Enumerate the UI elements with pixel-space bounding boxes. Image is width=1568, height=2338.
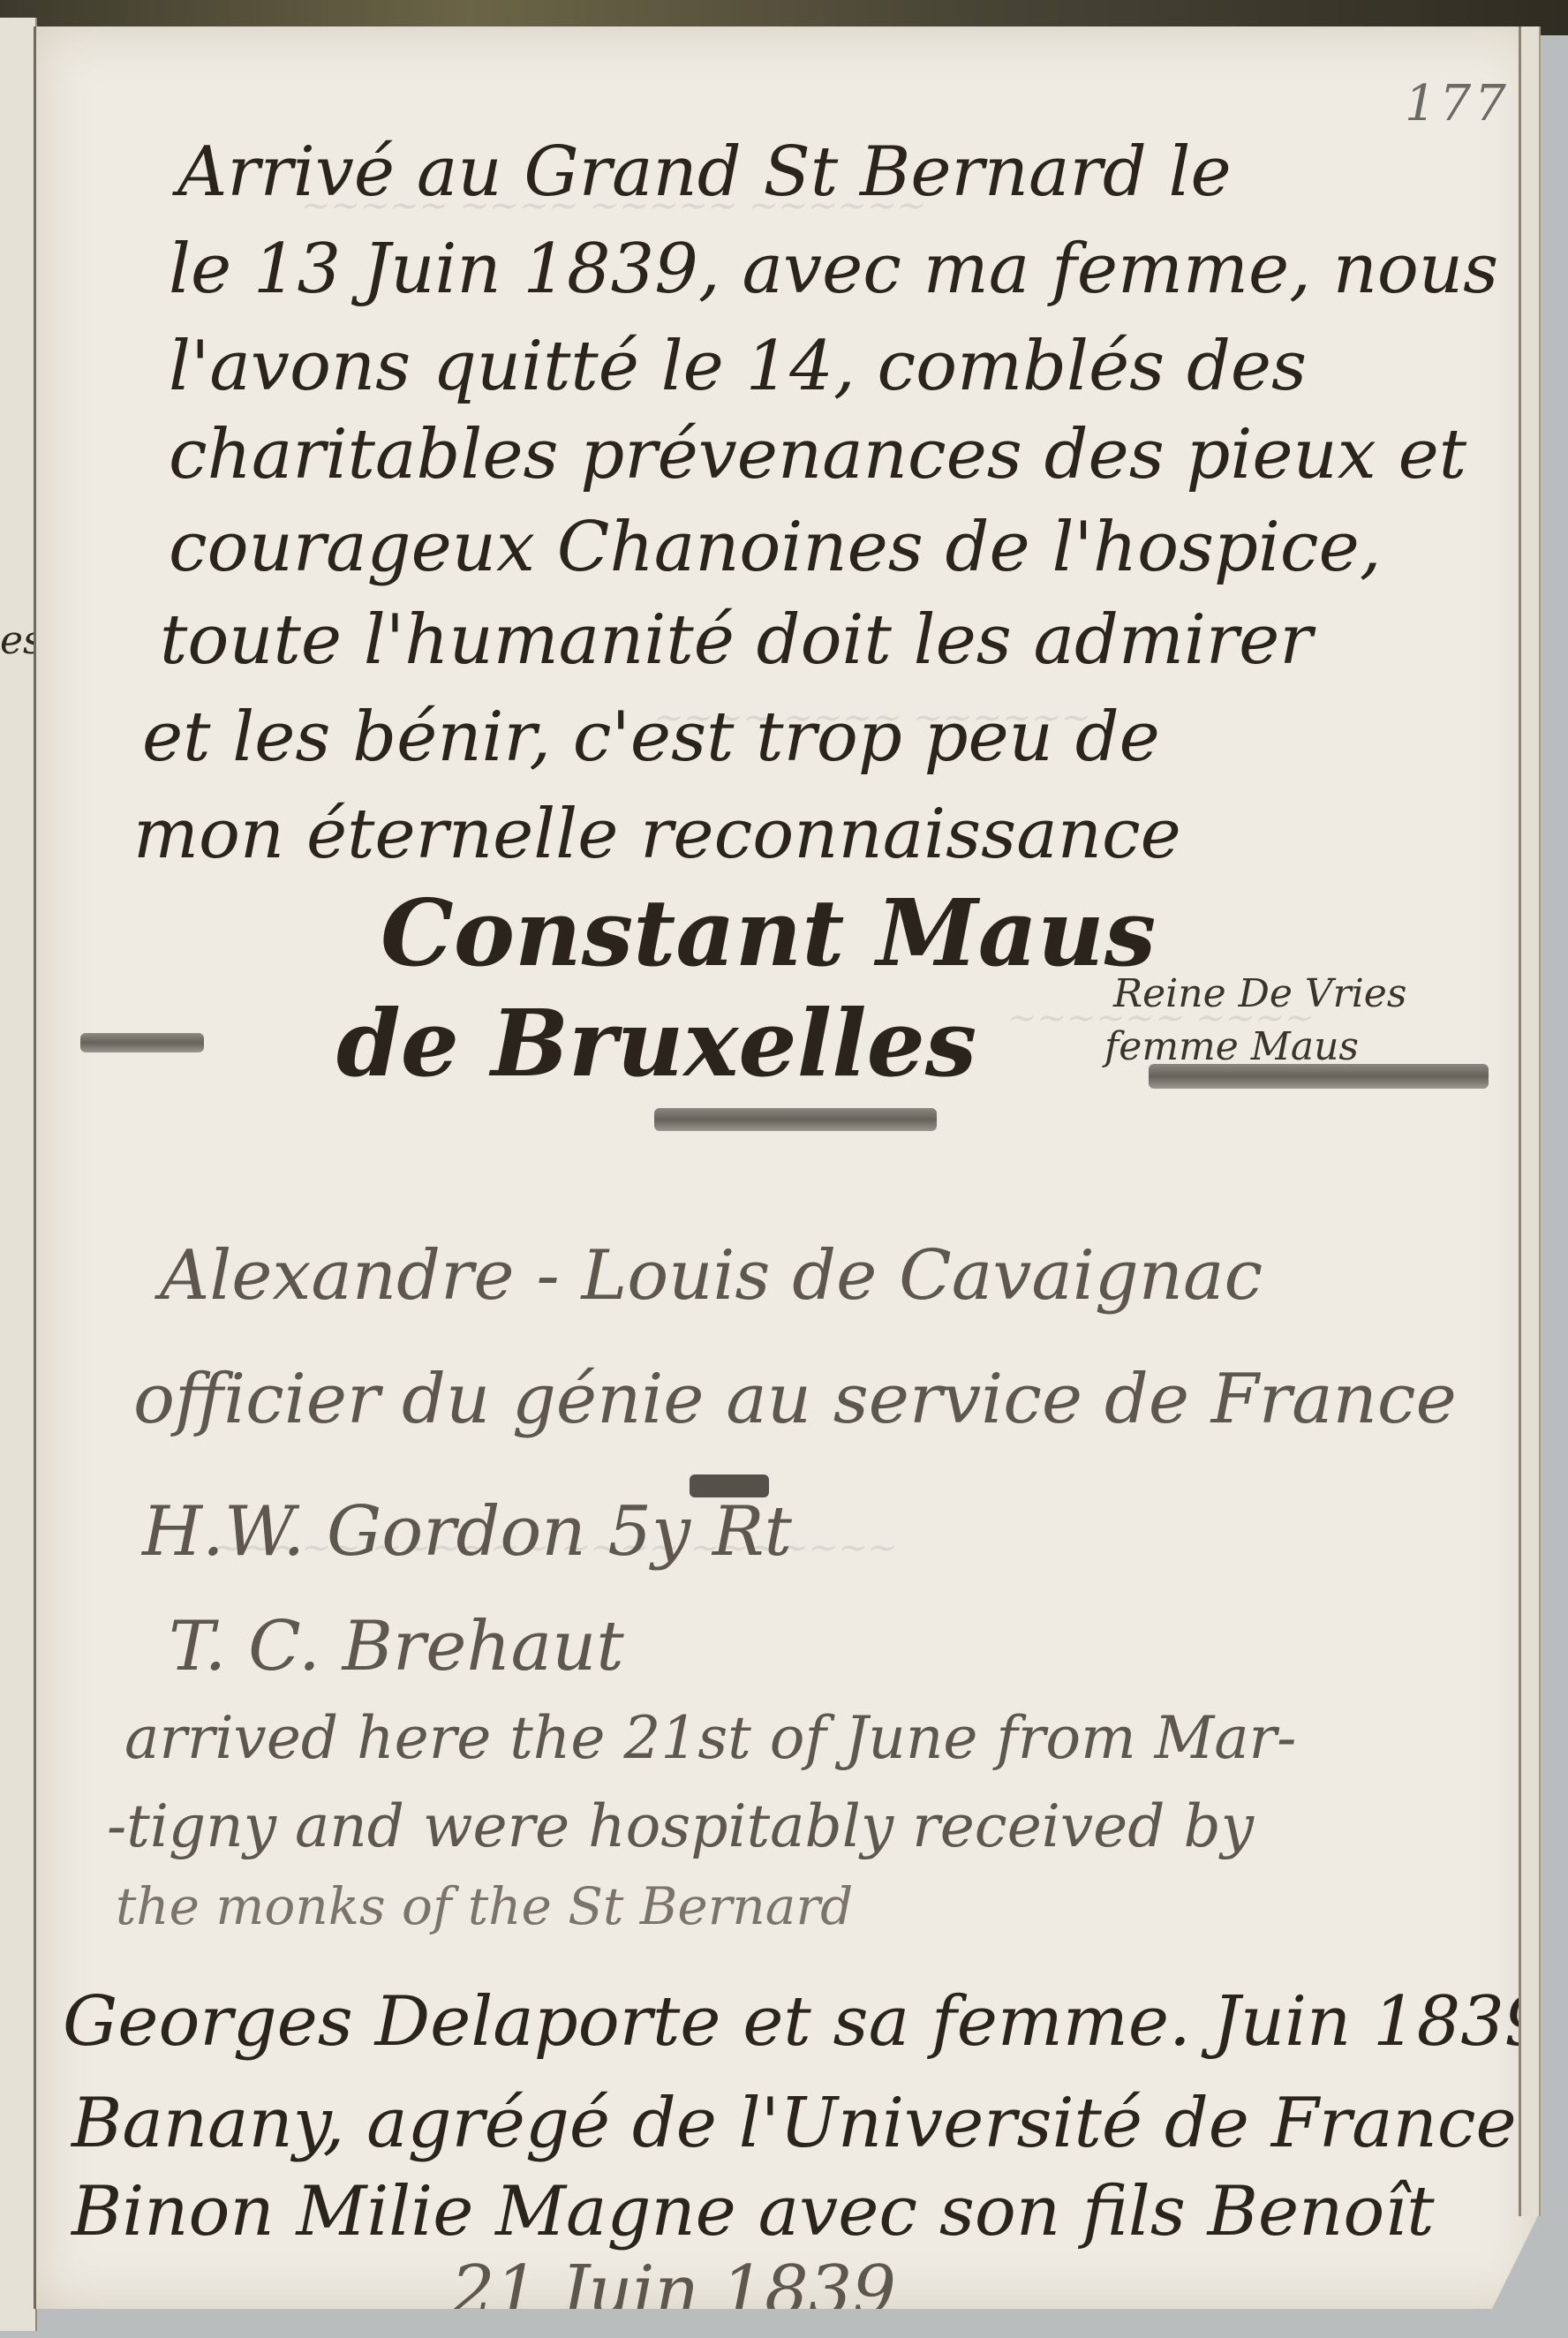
annotation-line: femme Maus [1104,1024,1359,1069]
entry-line: Georges Delaporte et sa femme. Juin 1839 [63,1982,1549,2062]
signature-place: de Bruxelles [336,989,976,1097]
entry-line: le 13 Juin 1839, avec ma femme, nous [169,230,1498,309]
entry-line: Alexandre - Louis de Cavaignac [160,1236,1263,1316]
manuscript-page: ~~~~~ ~~~~ ~~~~~ ~~~~~~ ~~~~ ~~~~ ~~~~~~… [34,26,1537,2309]
annotation-line: Reine De Vries [1113,971,1406,1016]
entry-line: T. C. Brehaut [169,1607,624,1686]
decorative-rule [80,1033,204,1052]
entry-line: Binon Milie Magne avec son fils Benoît [72,2172,1435,2251]
entry-line: Banany, agrégé de l'Université de France [72,2084,1517,2163]
entry-line: H.W. Gordon 5y Rt [142,1492,792,1572]
page-number: 177 [1405,75,1510,132]
page-edge [1519,26,1541,2216]
entry-line: courageux Chanoines de l'hospice, [169,508,1382,587]
note-line: arrived here the 21st of June from Mar- [124,1704,1296,1772]
entry-line: mon éternelle reconnaissance [133,795,1181,874]
previous-page-edge: es [0,18,37,2331]
signature: Constant Maus [381,879,1156,987]
entry-line: officier du génie au service de France [133,1360,1457,1439]
note-line: -tigny and were hospitably received by [107,1792,1254,1860]
decorative-rule [654,1108,937,1131]
entry-line: et les bénir, c'est trop peu de [142,698,1160,777]
note-line: the monks of the St Bernard [116,1876,853,1936]
decorative-rule [1149,1064,1489,1089]
entry-line: charitables prévenances des pieux et [169,415,1466,494]
entry-line: l'avons quitté le 14, comblés des [169,327,1307,406]
entry-line: Arrivé au Grand St Bernard le [177,132,1232,212]
entry-line: toute l'humanité doit les admirer [160,600,1313,680]
entry-date: 21 Juin 1839 [451,2251,896,2331]
